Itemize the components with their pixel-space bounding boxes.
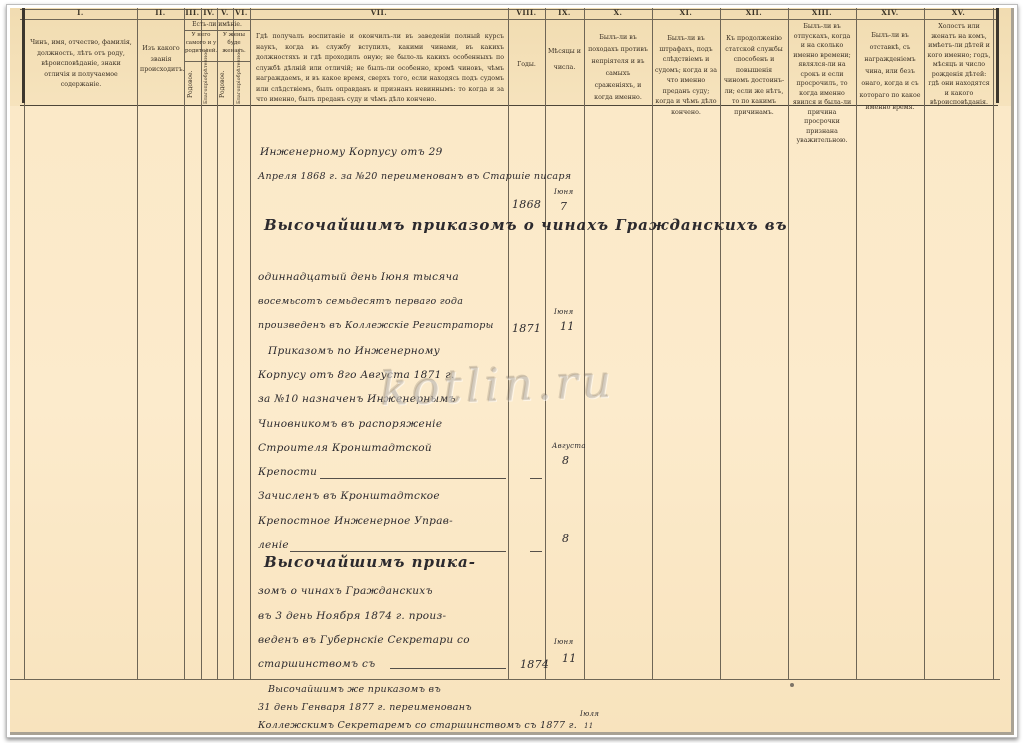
entry-day: 7 <box>560 200 567 213</box>
entry-month: Іюня <box>554 188 573 196</box>
column-numeral: V. <box>217 8 233 17</box>
col-xii-right <box>788 8 789 680</box>
entry-day: 11 <box>562 652 577 665</box>
entry-line: Крепостное Инженерное Управ- <box>258 515 453 527</box>
column-numeral: IX. <box>545 8 584 17</box>
estate-group-title: Есть-ли имѣніе. <box>184 20 250 31</box>
header-col-xiii: Былъ-ли въ отпускахъ, когда и на сколько… <box>791 22 853 146</box>
column-numeral: IV. <box>201 8 217 17</box>
col-xi-right <box>720 8 721 680</box>
entry-day: 11 <box>560 320 575 333</box>
header-col-vi: Благопріобрѣтенное. <box>236 64 248 104</box>
watermark: kotlin.ru <box>379 354 616 416</box>
column-numeral: VI. <box>233 8 250 17</box>
column-numeral: XII. <box>720 8 788 17</box>
column-numeral: I. <box>24 8 137 17</box>
entry-year: 1868 <box>512 198 541 211</box>
col-i-left <box>24 103 25 680</box>
entry-line: Чиновникомъ въ распоряженіе <box>258 418 442 430</box>
header-col-ix: Мѣсяцы и числа. <box>547 44 582 76</box>
fill-dash <box>390 668 506 669</box>
column-numeral: III. <box>184 8 201 17</box>
column-numeral: VIII. <box>508 8 545 17</box>
header-col-v: Родовое. <box>219 64 231 104</box>
header-col-xi: Былъ-ли въ штрафахъ, подъ слѣдствіемъ и … <box>655 34 717 118</box>
col-i-right <box>137 8 138 680</box>
ditto-dash <box>530 478 542 479</box>
note-day: 11 <box>584 722 594 730</box>
entry-line: восемьсотъ семьдесятъ перваго года <box>258 296 463 307</box>
col-vii-right <box>508 8 509 680</box>
numeral-row-rule <box>20 19 998 20</box>
col-v-right <box>233 8 234 680</box>
fill-dash <box>290 551 506 552</box>
ditto-dash <box>530 551 542 552</box>
note-line: Высочайшимъ же приказомъ въ <box>268 684 441 695</box>
col-xiii-right <box>856 8 857 680</box>
entry-line: Приказомъ по Инженерному <box>268 345 440 357</box>
entry-day: 8 <box>562 454 569 467</box>
col-viii-right <box>545 8 546 680</box>
column-numeral: II. <box>137 8 184 17</box>
entry-month: Іюня <box>554 638 573 646</box>
entry-line: въ 3 день Ноября 1874 г. произ- <box>258 610 446 622</box>
col-x-right <box>652 8 653 680</box>
entry-line: Высочайшимъ приказомъ о чинахъ Гражданск… <box>264 216 788 234</box>
header-col-vii: Гдѣ получалъ воспитаніе и окончилъ-ли въ… <box>256 32 504 106</box>
entry-line: веденъ въ Губернскіе Секретари со <box>258 634 470 646</box>
fill-dash <box>320 478 506 479</box>
header-col-i: Чинъ, имя, отчество, фамилія, должность,… <box>28 38 134 91</box>
col-iii-right <box>201 8 202 680</box>
note-line: 31 день Генваря 1877 г. переименованъ <box>258 702 472 713</box>
entry-line: Зачисленъ въ Кронштадтское <box>258 490 440 502</box>
entry-line: одиннадцатый день Іюня тысяча <box>258 271 459 283</box>
column-numeral: XIV. <box>856 8 924 17</box>
col-xiv-right <box>924 8 925 680</box>
header-col-ii: Изъ какого званія происходитъ. <box>140 44 182 76</box>
col-ix-right <box>584 8 585 680</box>
header-col-viii: Годы. <box>508 60 545 71</box>
estate-wife-header: У жены буде женатъ. <box>218 31 250 55</box>
entry-line: Высочайшимъ прика- <box>264 553 476 571</box>
column-numeral: XV. <box>924 8 993 17</box>
col-vi-right <box>250 8 251 680</box>
entry-line: зомъ о чинахъ Гражданскихъ <box>258 585 433 597</box>
table-bottom-rule <box>10 679 1000 680</box>
estate-own-header: У него самого и у родителей. <box>185 31 217 55</box>
column-numeral: VII. <box>250 8 508 17</box>
header-col-xv: Холостъ или женатъ на комъ, имѣетъ-ли дѣ… <box>927 22 991 108</box>
column-numeral: X. <box>584 8 652 17</box>
header-col-xii: Къ продолженію статской службы способенъ… <box>723 34 785 118</box>
entry-day: 8 <box>562 532 569 545</box>
header-col-iii: Родовое. <box>187 64 199 104</box>
column-numeral: XI. <box>652 8 720 17</box>
document-sheet: I. II. III. IV. V. VI. VII. VIII. IX. X.… <box>10 8 1014 735</box>
header-col-iv: Благопріобрѣтенное. <box>203 64 215 104</box>
header-col-xiv: Былъ-ли въ отставкѣ, съ награжденіемъ чи… <box>859 30 921 114</box>
entry-line: Инженерному Корпусу отъ 29 <box>260 146 443 158</box>
note-line: Коллежскимъ Секретаремъ со старшинствомъ… <box>258 720 577 731</box>
left-binding-rule <box>22 8 25 103</box>
entry-month: Августа <box>552 442 586 450</box>
entry-year: 1874 <box>520 658 549 671</box>
col-xv-right <box>993 8 994 680</box>
entry-line: произведенъ въ Коллежскіе Регистраторы <box>258 320 494 331</box>
col-iv-right <box>217 8 218 680</box>
entry-line: Крепости <box>258 466 317 478</box>
entry-year: 1871 <box>512 322 541 335</box>
column-numeral: XIII. <box>788 8 856 17</box>
entry-line: Строителя Кронштадтской <box>258 442 432 454</box>
entry-line: леніе <box>258 539 289 551</box>
ink-spot <box>790 683 794 687</box>
note-month: Іюля <box>580 710 599 718</box>
header-col-x: Былъ-ли въ походахъ противъ непріятеля и… <box>587 32 649 104</box>
entry-month: Іюня <box>554 308 573 316</box>
col-ii-right <box>184 8 185 680</box>
entry-line: старшинствомъ съ <box>258 658 375 670</box>
entry-line: Апреля 1868 г. за №20 переименованъ въ С… <box>258 171 571 182</box>
right-binding-rule <box>996 8 999 103</box>
